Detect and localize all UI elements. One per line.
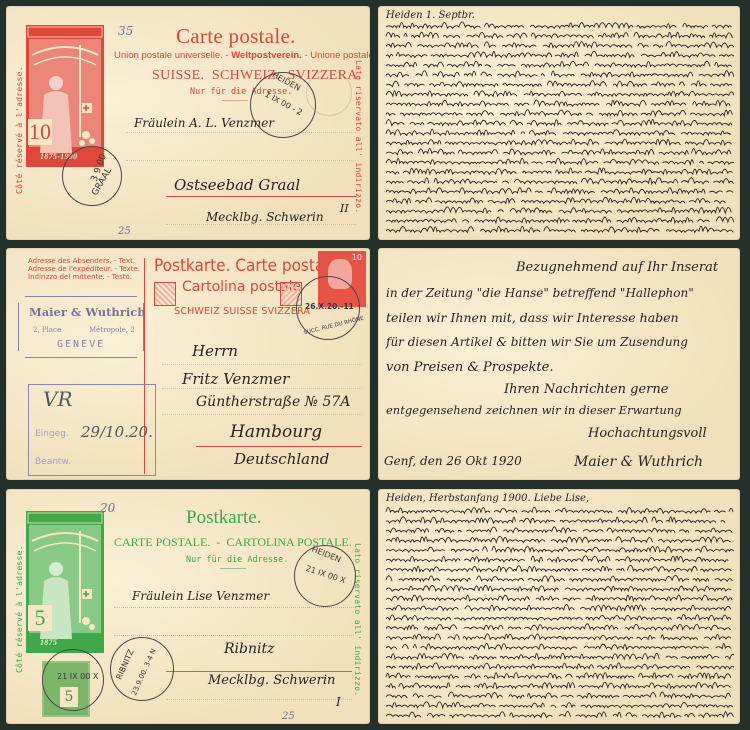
- signature: Maier & Wuthrich: [574, 454, 703, 470]
- postcard-3-back: Heiden, Herbstanfang 1900. Liebe Lise,: [378, 489, 740, 724]
- indicium-value: 10: [28, 119, 52, 145]
- postmark-heiden-stamp: 21 IX 00 X: [42, 649, 104, 711]
- message-line-1: Bezugnehmend auf Ihr Inserat: [516, 260, 718, 275]
- message-line-5: von Preisen & Prospekte.: [386, 360, 553, 375]
- card-title: Carte postale.: [176, 24, 296, 49]
- postcard-1-back: Heiden 1. Septbr.: [378, 6, 740, 240]
- address-mark: II: [340, 202, 349, 215]
- address-line-2: Fritz Venzmer: [182, 370, 289, 388]
- message-line-7: entgegensehend zeichnen wir in dieser Er…: [386, 403, 682, 417]
- card-title: Postkarte. Carte postale: [154, 256, 338, 276]
- postmark-geneve: 26.X.20.-11 SUCC. RUE DU RHÔNE: [296, 276, 360, 340]
- postcard-2-front: Adresse des Absenders. - Text. Adresse d…: [6, 248, 370, 480]
- indicium-value: 5: [28, 605, 52, 631]
- pencil-price-top: 20: [100, 501, 115, 515]
- message-line-3: teilen wir Ihnen mit, dass wir Interesse…: [386, 310, 679, 325]
- address-line-5: Deutschland: [234, 450, 329, 468]
- message-opening: Heiden, Herbstanfang 1900. Liebe Lise,: [386, 493, 589, 504]
- address-line-1: Fräulein A. L. Venzmer: [134, 116, 274, 130]
- address-line-1: Herrn: [192, 342, 238, 360]
- left-vertical-text: Côté réservé à l'adresse.: [15, 545, 24, 673]
- sender-rubber-stamp: Maier & Wuthrich 2, Place Métropole, 2 G…: [18, 296, 144, 358]
- upu-indicium-5: 5 1875: [26, 511, 104, 653]
- card-subtitle: Union postale universelle. - Weltpostver…: [114, 50, 370, 61]
- sender-address-header: Adresse des Absenders. - Text. Adresse d…: [28, 257, 140, 281]
- address-mark: I: [336, 695, 341, 709]
- message-line-6: Ihren Nachrichten gerne: [504, 382, 668, 397]
- message-line-2: in der Zeitung "die Hanse" betreffend "H…: [386, 286, 694, 300]
- message-line-4: für diesen Artikel & bitten wir Sie um Z…: [386, 335, 688, 349]
- postcard-1-front: 10 1875-1900 Côté réservé à l'adresse. L…: [6, 6, 370, 240]
- address-line-2: Ribnitz: [224, 641, 274, 657]
- closing: Hochachtungsvoll: [588, 426, 707, 441]
- address-line-1: Fräulein Lise Venzmer: [132, 589, 269, 603]
- address-line-3: Güntherstraße № 57A: [196, 394, 350, 410]
- handwritten-message: [384, 505, 734, 719]
- pencil-price-bottom: 25: [282, 711, 295, 722]
- ornament-left-icon: [154, 282, 176, 306]
- left-vertical-text: Côté réservé à l'adresse.: [15, 66, 24, 194]
- pencil-price-bottom: 25: [118, 226, 131, 237]
- pencil-price-top: 35: [118, 24, 133, 38]
- address-line-3: Mecklbg. Schwerin: [208, 673, 335, 688]
- place-date: Genf, den 26 Okt 1920: [384, 454, 522, 468]
- subtitle-german: Weltpostverein.: [231, 50, 302, 61]
- indicium-years: 1875: [40, 638, 57, 647]
- helvetia-figure-icon: [26, 511, 104, 653]
- card-title: Postkarte.: [186, 507, 261, 529]
- address-line-3: Mecklbg. Schwerin: [206, 210, 324, 224]
- postmark-heiden: HEIDEN 21 IX 00 X: [294, 545, 356, 607]
- postmark-graal: 3 9 00 GRAAL: [62, 146, 122, 206]
- receipt-initials: VR: [43, 387, 73, 411]
- address-only-note: Nur für die Adresse.: [186, 555, 288, 565]
- postmark-ribnitz: RIBNITZ 23.9.00. 3-4 N: [110, 637, 174, 701]
- handwritten-message: [384, 20, 734, 234]
- postmark-faint-ring: [306, 70, 352, 116]
- receipt-stamp-box: Eingeg. Beantw. VR 29/10.20.: [28, 384, 156, 476]
- address-line-4: Hambourg: [230, 422, 322, 442]
- subtitle-italian: - Unione postale universale.: [304, 50, 370, 61]
- receipt-date: 29/10.20.: [81, 423, 153, 441]
- address-line-2: Ostseebad Graal: [174, 176, 300, 194]
- postcard-2-back: Bezugnehmend auf Ihr Inserat in der Zeit…: [378, 248, 740, 480]
- subtitle-french: Union postale universelle. -: [114, 50, 229, 61]
- postcard-3-front: 5 1875 Côté réservé à l'adresse. Lato ri…: [6, 489, 370, 724]
- country-names: SCHWEIZ SUISSE SVIZZERA: [174, 306, 310, 317]
